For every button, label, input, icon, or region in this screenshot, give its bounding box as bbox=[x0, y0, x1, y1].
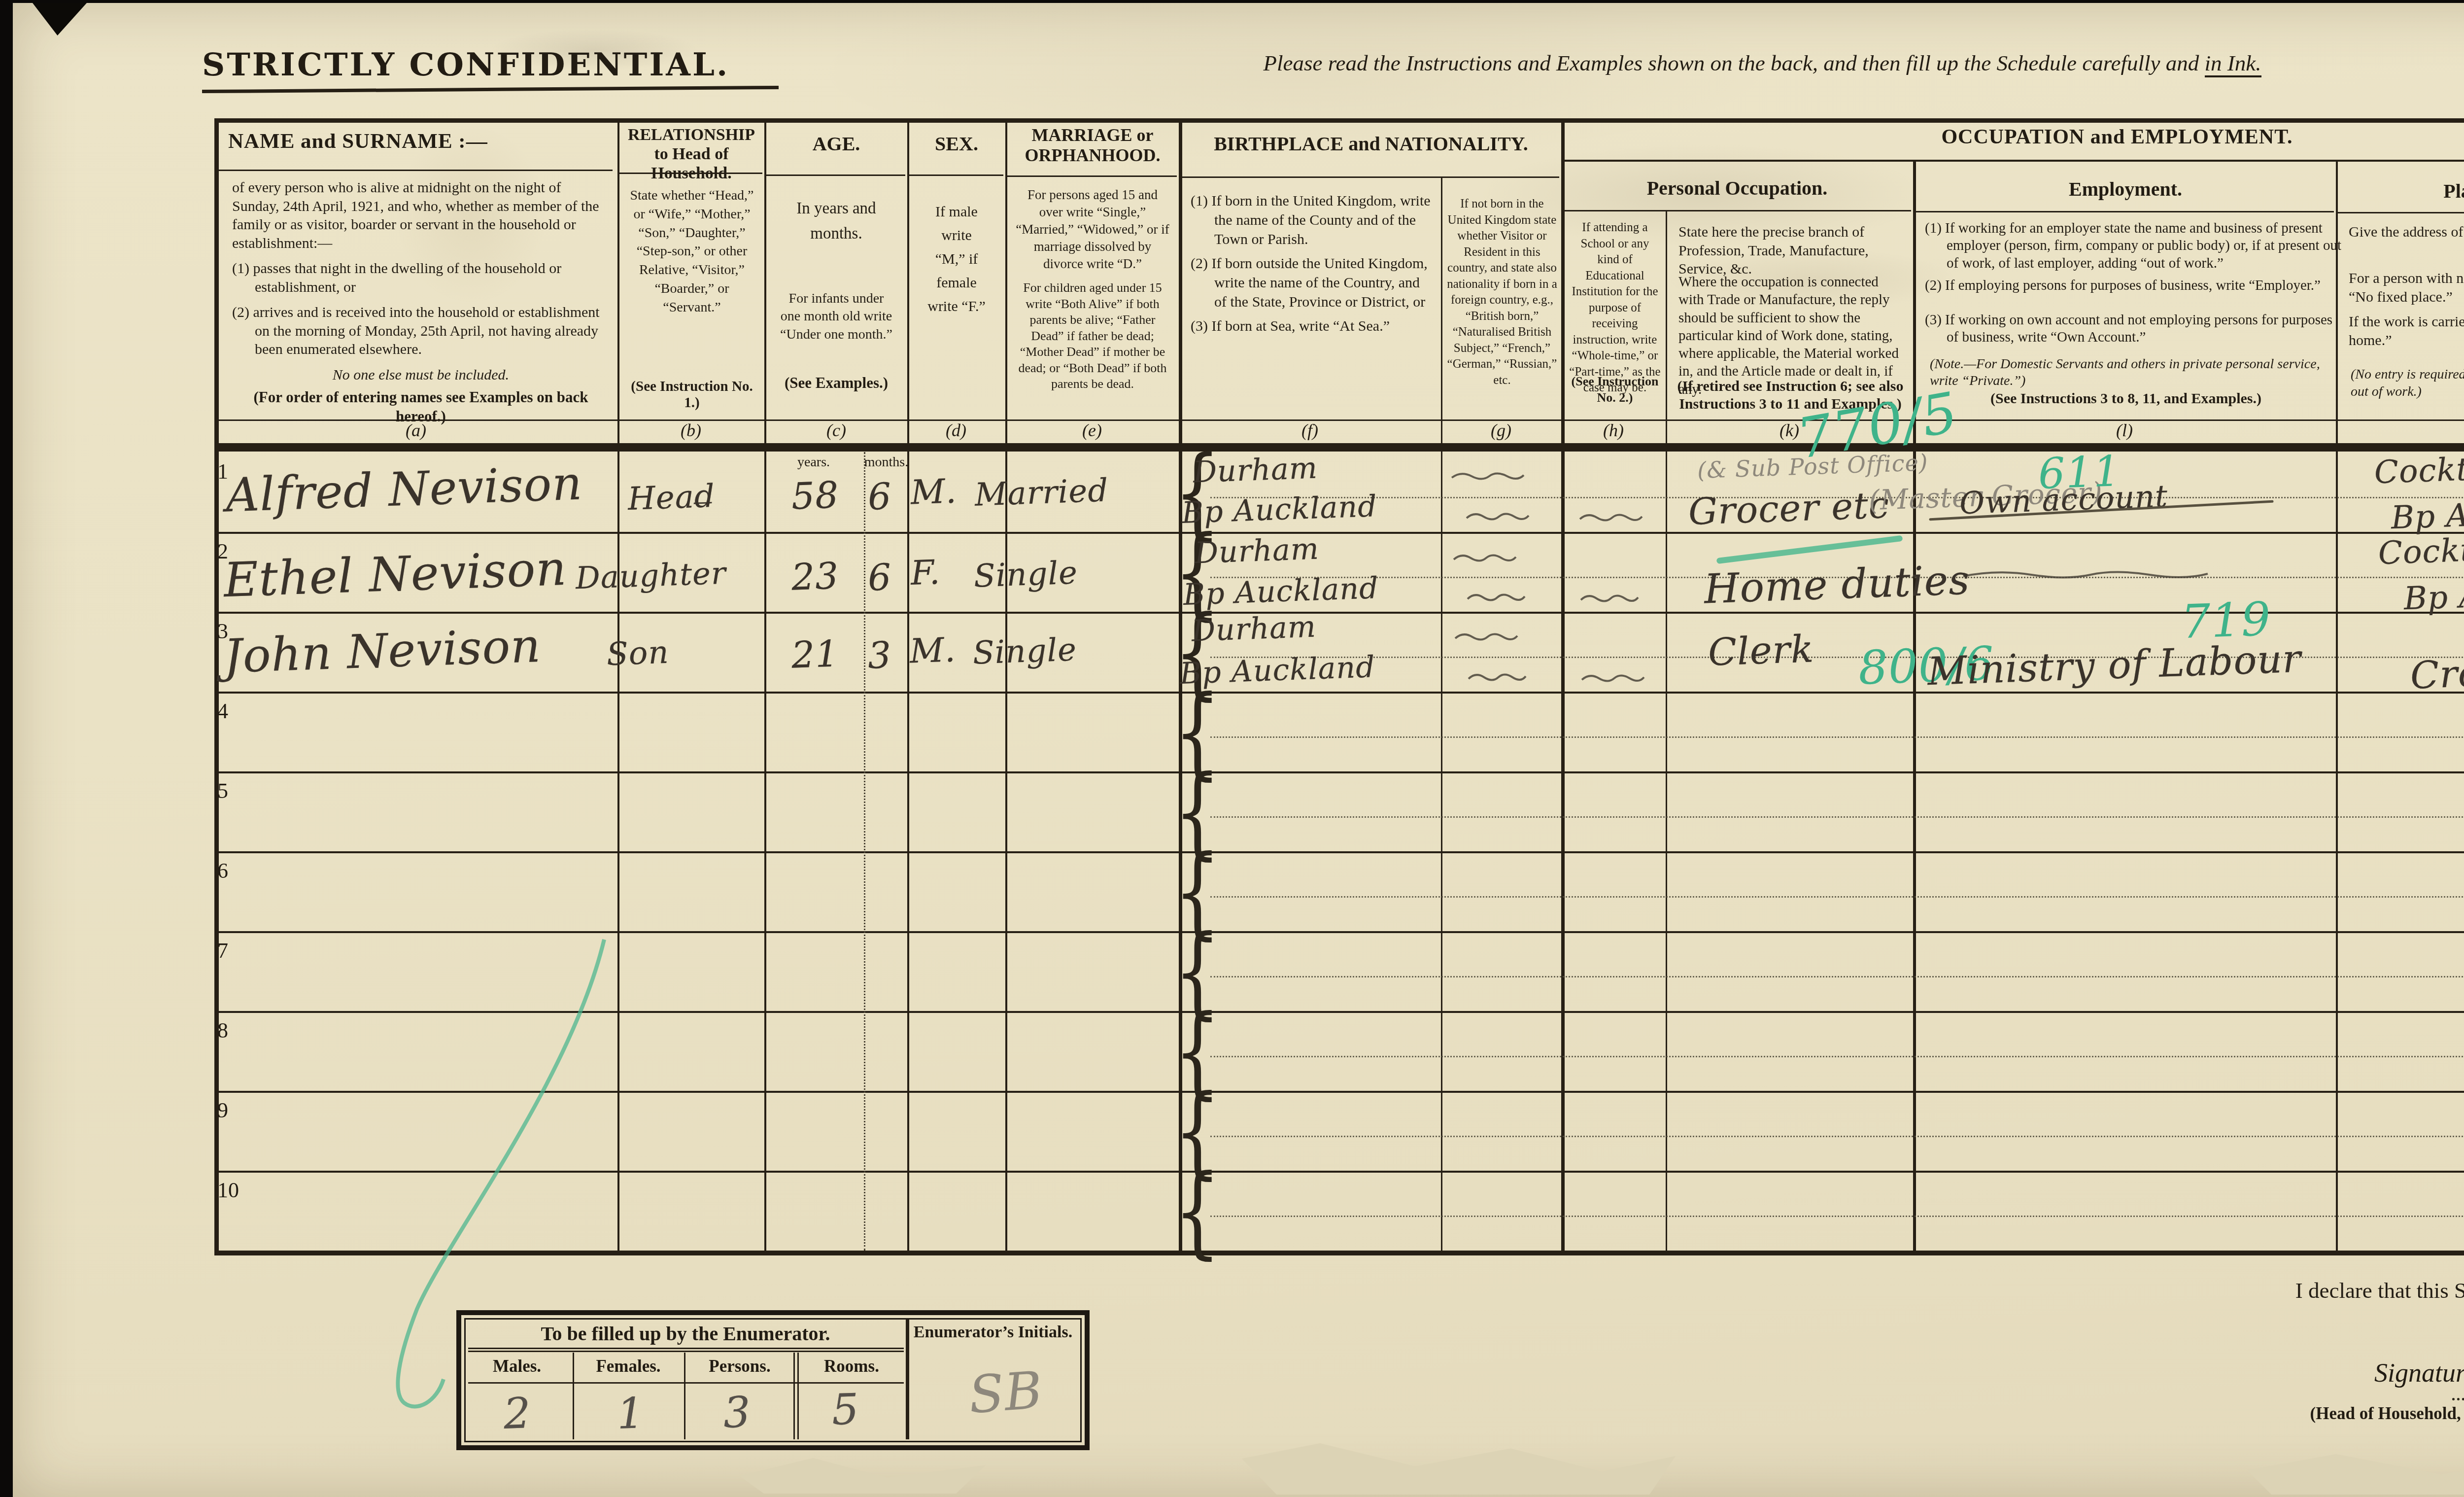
row-number: 10 bbox=[217, 1178, 239, 1203]
ditto-squiggle-mark bbox=[1581, 672, 1645, 686]
table-rule-h bbox=[908, 174, 1003, 176]
col-c-body2: For infants under one month old write “U… bbox=[779, 290, 893, 344]
col-a-body: of every person who is alive at midnight… bbox=[232, 178, 610, 426]
table-rule-h bbox=[1562, 210, 1911, 211]
persons-value: 3 bbox=[722, 1388, 752, 1438]
row-number: 5 bbox=[217, 778, 228, 803]
table-rule-h bbox=[214, 443, 2464, 452]
enumerator-initials-value: SB bbox=[967, 1360, 1045, 1425]
declaration-note: (Head of Household, Manager of Establish… bbox=[2299, 1404, 2464, 1443]
green-pen-line bbox=[358, 935, 634, 1432]
col-l-body3: (3) If working on own account and not em… bbox=[1925, 312, 2347, 347]
age-years-months-divider bbox=[864, 452, 865, 1251]
rooms-value: 5 bbox=[831, 1385, 860, 1435]
col-l-note1: (Note.—For Domestic Servants and others … bbox=[1930, 356, 2324, 389]
place-of-work-header: Place of Work. bbox=[2342, 179, 2464, 203]
column-letter-c: (c) bbox=[802, 420, 871, 441]
table-rule-h bbox=[214, 532, 2464, 534]
ditto-squiggle-mark bbox=[1962, 568, 2209, 582]
row-mid-dotted-line bbox=[1210, 1136, 2464, 1137]
entry-age-months: 6 bbox=[867, 475, 892, 519]
age-months-sublabel: months. bbox=[863, 454, 910, 470]
col-d-title: SEX. bbox=[912, 132, 1001, 155]
ditto-squiggle-mark bbox=[1454, 630, 1518, 644]
col-h-body: If attending a School or any kind of Edu… bbox=[1569, 220, 1661, 396]
annotation-green-employment-code: 719 bbox=[2180, 592, 2272, 649]
column-letter-e: (e) bbox=[1058, 420, 1127, 441]
col-g-body: If not born in the United Kingdom state … bbox=[1447, 196, 1557, 388]
col-f-item2: (2) If born outside the United Kingdom, … bbox=[1191, 254, 1435, 312]
occupation-section-title: OCCUPATION and EMPLOYMENT. bbox=[1566, 125, 2464, 149]
entry-age-years: 21 bbox=[791, 632, 840, 676]
row-mid-dotted-line bbox=[1210, 896, 2464, 898]
col-c-body1: In years and months. bbox=[794, 196, 879, 246]
table-rule-h bbox=[214, 931, 2464, 933]
table-rule-h bbox=[618, 173, 762, 174]
entry-birthplace-line1: Durham bbox=[1191, 610, 1317, 649]
ditto-squiggle-mark bbox=[1451, 470, 1525, 484]
column-letter-f: (f) bbox=[1275, 420, 1344, 441]
row-mid-dotted-line bbox=[1210, 976, 2464, 977]
table-rule-h bbox=[218, 170, 613, 171]
table-rule-v bbox=[764, 118, 766, 1251]
entry-name: John Nevison bbox=[223, 619, 542, 684]
row-number: 9 bbox=[217, 1098, 228, 1123]
column-letter-h: (h) bbox=[1579, 420, 1648, 441]
corner-nick bbox=[33, 3, 87, 35]
col-l-body2: (2) If employing persons for purposes of… bbox=[1925, 277, 2347, 294]
table-rule-h bbox=[1180, 176, 1559, 178]
col-a-p4: No one else must be included. bbox=[232, 366, 610, 384]
entry-birthplace-line1: Durham bbox=[1193, 451, 1318, 490]
col-f-item1: (1) If born in the United Kingdom, write… bbox=[1191, 191, 1435, 249]
ditto-squiggle-mark bbox=[1579, 511, 1643, 525]
table-rule-h bbox=[214, 612, 2464, 614]
entry-birthplace-line1: Durham bbox=[1194, 532, 1320, 571]
entry-age-months: 3 bbox=[867, 634, 892, 677]
ditto-squiggle-mark bbox=[1467, 591, 1526, 605]
employment-header: Employment. bbox=[1919, 177, 2332, 201]
instruction-text: Please read the Instructions and Example… bbox=[1263, 51, 2204, 75]
column-letter-a: (a) bbox=[381, 420, 450, 441]
col-a-p2: (1) passes that night in the dwelling of… bbox=[232, 259, 610, 296]
col-a-p1: of every person who is alive at midnight… bbox=[232, 178, 610, 252]
census-schedule-scan: STRICTLY CONFIDENTIAL. Please read the I… bbox=[0, 0, 2464, 1497]
ditto-squiggle-mark bbox=[1466, 510, 1530, 524]
table-rule-h bbox=[214, 771, 2464, 773]
table-rule-h bbox=[765, 174, 905, 176]
entry-birthplace-line2: Bp Auckland bbox=[1181, 489, 1378, 530]
table-rule-h bbox=[214, 851, 2464, 853]
col-c-title: AGE. bbox=[769, 132, 903, 155]
confidential-underline bbox=[202, 86, 779, 93]
entry-place-of-work-line2: Bp Auckland bbox=[2403, 574, 2464, 618]
table-rule-h bbox=[214, 118, 2464, 123]
entry-occupation: Home duties bbox=[1704, 557, 1971, 613]
col-m-note: (No entry is required for any person who… bbox=[2351, 366, 2464, 400]
col-e-title: MARRIAGE or ORPHANHOOD. bbox=[1010, 125, 1175, 166]
entry-sex: M. bbox=[909, 630, 957, 671]
col-a-title: NAME and SURNAME :— bbox=[228, 129, 613, 153]
rooms-label: Rooms. bbox=[797, 1357, 906, 1376]
entry-age-months: 6 bbox=[867, 556, 892, 599]
age-years-sublabel: years. bbox=[769, 454, 858, 470]
row-number: 7 bbox=[217, 938, 228, 963]
strictly-confidential-title: STRICTLY CONFIDENTIAL. bbox=[202, 46, 818, 83]
persons-label: Persons. bbox=[684, 1357, 795, 1376]
table-rule-v bbox=[1005, 118, 1007, 1251]
ditto-squiggle-mark bbox=[1468, 671, 1527, 685]
column-letter-l: (l) bbox=[2090, 420, 2159, 441]
row-mid-dotted-line bbox=[1210, 816, 2464, 818]
entry-sex: F. bbox=[910, 553, 941, 593]
col-m-body1: Give the address of each person’s place … bbox=[2349, 223, 2464, 242]
col-b-title: RELATIONSHIP to Head of Household. bbox=[622, 125, 760, 183]
header-instruction: Please read the Instructions and Example… bbox=[1117, 50, 2408, 76]
row-mid-dotted-line bbox=[1210, 1216, 2464, 1217]
col-c-note: (See Examples.) bbox=[774, 374, 898, 393]
column-letter-d: (d) bbox=[922, 420, 991, 441]
entry-place-of-work-line1: Cockton Hill bbox=[2378, 528, 2464, 572]
entry-place-of-work: Crook Office bbox=[2410, 645, 2464, 697]
entry-marriage: Single bbox=[972, 631, 1077, 671]
entry-age-years: 23 bbox=[791, 555, 840, 598]
table-rule-v bbox=[214, 118, 219, 1255]
entry-name: Alfred Nevison bbox=[225, 456, 583, 522]
col-e-body2: For children aged under 15 write “Both A… bbox=[1014, 280, 1171, 392]
entry-place-of-work-line1: Cockton Hill bbox=[2374, 448, 2464, 491]
col-l-body1: (1) If working for an employer state the… bbox=[1925, 220, 2347, 272]
column-letter-g: (g) bbox=[1467, 420, 1536, 441]
entry-birthplace-line2: Bp Auckland bbox=[1183, 571, 1379, 612]
row-number: 4 bbox=[217, 698, 228, 724]
row-mid-dotted-line bbox=[1210, 736, 2464, 738]
table-rule-h bbox=[1006, 175, 1177, 177]
entry-head-dash: — bbox=[692, 490, 714, 513]
table-rule-v bbox=[1441, 176, 1442, 1251]
entry-name: Ethel Nevison bbox=[223, 541, 568, 608]
entry-sex: M. bbox=[910, 472, 958, 512]
col-f-body: (1) If born in the United Kingdom, write… bbox=[1191, 191, 1435, 336]
table-rule-h bbox=[1562, 160, 2464, 162]
ditto-squiggle-mark bbox=[1580, 592, 1639, 606]
signature-label: Signature bbox=[2374, 1358, 2464, 1388]
table-rule-v bbox=[1913, 160, 1916, 1253]
entry-place-of-work-line2: Bp Auckland bbox=[2391, 493, 2464, 537]
instruction-emphasis: in Ink. bbox=[2205, 51, 2261, 77]
col-m-body2: For a person with no regular place of wo… bbox=[2349, 269, 2464, 306]
birthplace-brace: { bbox=[1174, 1158, 1221, 1266]
entry-marriage: Single bbox=[973, 555, 1078, 594]
column-letter-b: (b) bbox=[656, 420, 725, 441]
enumerator-initials-label: Enumerator’s Initials. bbox=[911, 1323, 1075, 1342]
row-number: 8 bbox=[217, 1018, 228, 1043]
col-k-body1: State here the precise branch of Profess… bbox=[1678, 223, 1903, 279]
entry-marriage: Married bbox=[974, 472, 1109, 513]
entry-age-years: 58 bbox=[791, 474, 840, 518]
col-m-body3: If the work is carried on mainly at home… bbox=[2349, 313, 2464, 349]
entry-relationship: Son bbox=[606, 634, 670, 673]
table-rule-v bbox=[1666, 210, 1667, 1251]
birthplace-section-title: BIRTHPLACE and NATIONALITY. bbox=[1185, 132, 1557, 155]
col-e-body1: For persons aged 15 and over write “Sing… bbox=[1014, 186, 1171, 273]
ditto-squiggle-mark bbox=[1453, 552, 1517, 565]
declaration-text: I declare that this Schedule is correctl… bbox=[2292, 1278, 2464, 1329]
entry-relationship: Daughter bbox=[575, 555, 727, 596]
table-rule-v bbox=[907, 118, 909, 1251]
enumerator-initials-divider bbox=[906, 1319, 909, 1439]
entry-occupation: Grocer etc bbox=[1688, 484, 1890, 533]
col-b-note: (See Instruction No. 1.) bbox=[627, 379, 756, 411]
col-d-body: If male write “M,” if female write “F.” bbox=[927, 200, 986, 318]
col-a-p3: (2) arrives and is received into the hou… bbox=[232, 303, 610, 359]
row-number: 6 bbox=[217, 858, 228, 883]
entry-occupation: Clerk bbox=[1708, 627, 1815, 674]
table-rule-h bbox=[214, 692, 2464, 694]
table-rule-h bbox=[1914, 211, 2334, 212]
entry-birthplace-line2: Bp Auckland bbox=[1179, 650, 1376, 691]
table-rule-v bbox=[1561, 118, 1565, 1251]
row-mid-dotted-line bbox=[1210, 1056, 2464, 1057]
col-l-note2: (See Instructions 3 to 8, 11, and Exampl… bbox=[1927, 390, 2325, 407]
personal-occupation-header: Personal Occupation. bbox=[1566, 176, 1908, 200]
col-b-body: State whether “Head,” or “Wife,” “Mother… bbox=[627, 186, 756, 317]
col-h-note: (See Instruction No. 2.) bbox=[1570, 374, 1660, 406]
table-rule-v bbox=[2336, 160, 2338, 1253]
table-rule-h bbox=[2337, 212, 2464, 213]
col-f-item3: (3) If born at Sea, write “At Sea.” bbox=[1191, 316, 1435, 336]
